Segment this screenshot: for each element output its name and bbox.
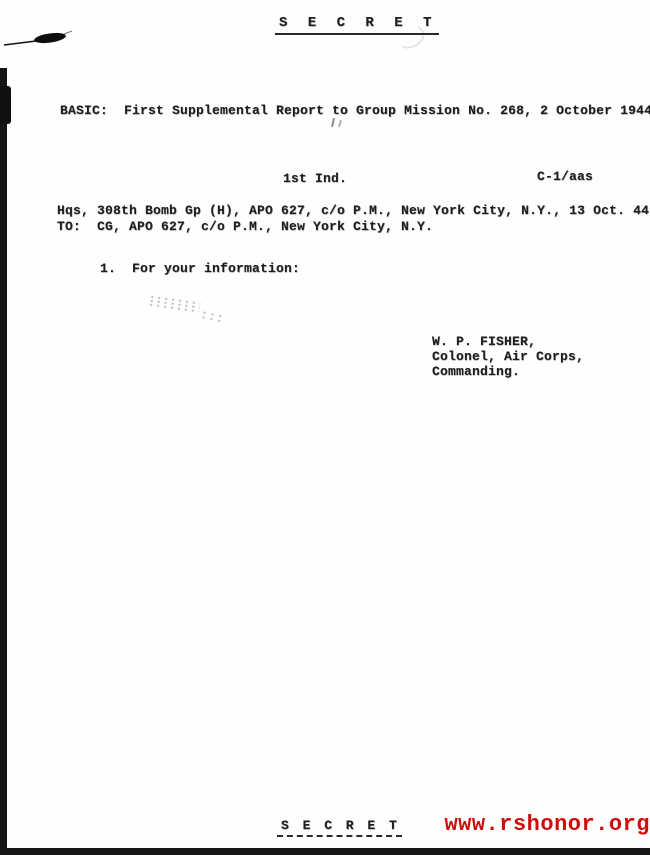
site-url-link[interactable]: www.rshonor.org: [444, 812, 650, 837]
basic-reference-line: BASIC: First Supplemental Report to Grou…: [60, 103, 650, 119]
classification-top: S E C R E T: [275, 16, 439, 35]
indorsement-label: 1st Ind.: [283, 171, 347, 187]
pencil-smudge-small: [199, 309, 226, 323]
headquarters-line: Hqs, 308th Bomb Gp (H), APO 627, c/o P.M…: [57, 203, 650, 219]
reference-number: C-1/aas: [537, 169, 593, 185]
body-paragraph: 1. For your information:: [100, 261, 300, 277]
signature-title: Colonel, Air Corps,: [432, 349, 584, 365]
scan-edge-left: [0, 68, 7, 855]
stray-ink-tick-2: [338, 120, 342, 127]
scan-edge-left-notch: [0, 86, 11, 124]
ink-blot-mark: [2, 28, 82, 50]
pencil-smudge: [147, 294, 200, 313]
stray-ink-tick: [331, 118, 335, 127]
scan-edge-bottom: [0, 848, 650, 855]
signature-role: Commanding.: [432, 364, 520, 380]
scanned-document-page: S E C R E T BASIC: First Supplemental Re…: [0, 0, 650, 855]
signature-name: W. P. FISHER,: [432, 334, 536, 350]
watermark-overlay: RSHONOR.ORG: [0, 0, 650, 855]
classification-bottom: S E C R E T: [277, 818, 402, 837]
to-line: TO: CG, APO 627, c/o P.M., New York City…: [57, 219, 433, 235]
